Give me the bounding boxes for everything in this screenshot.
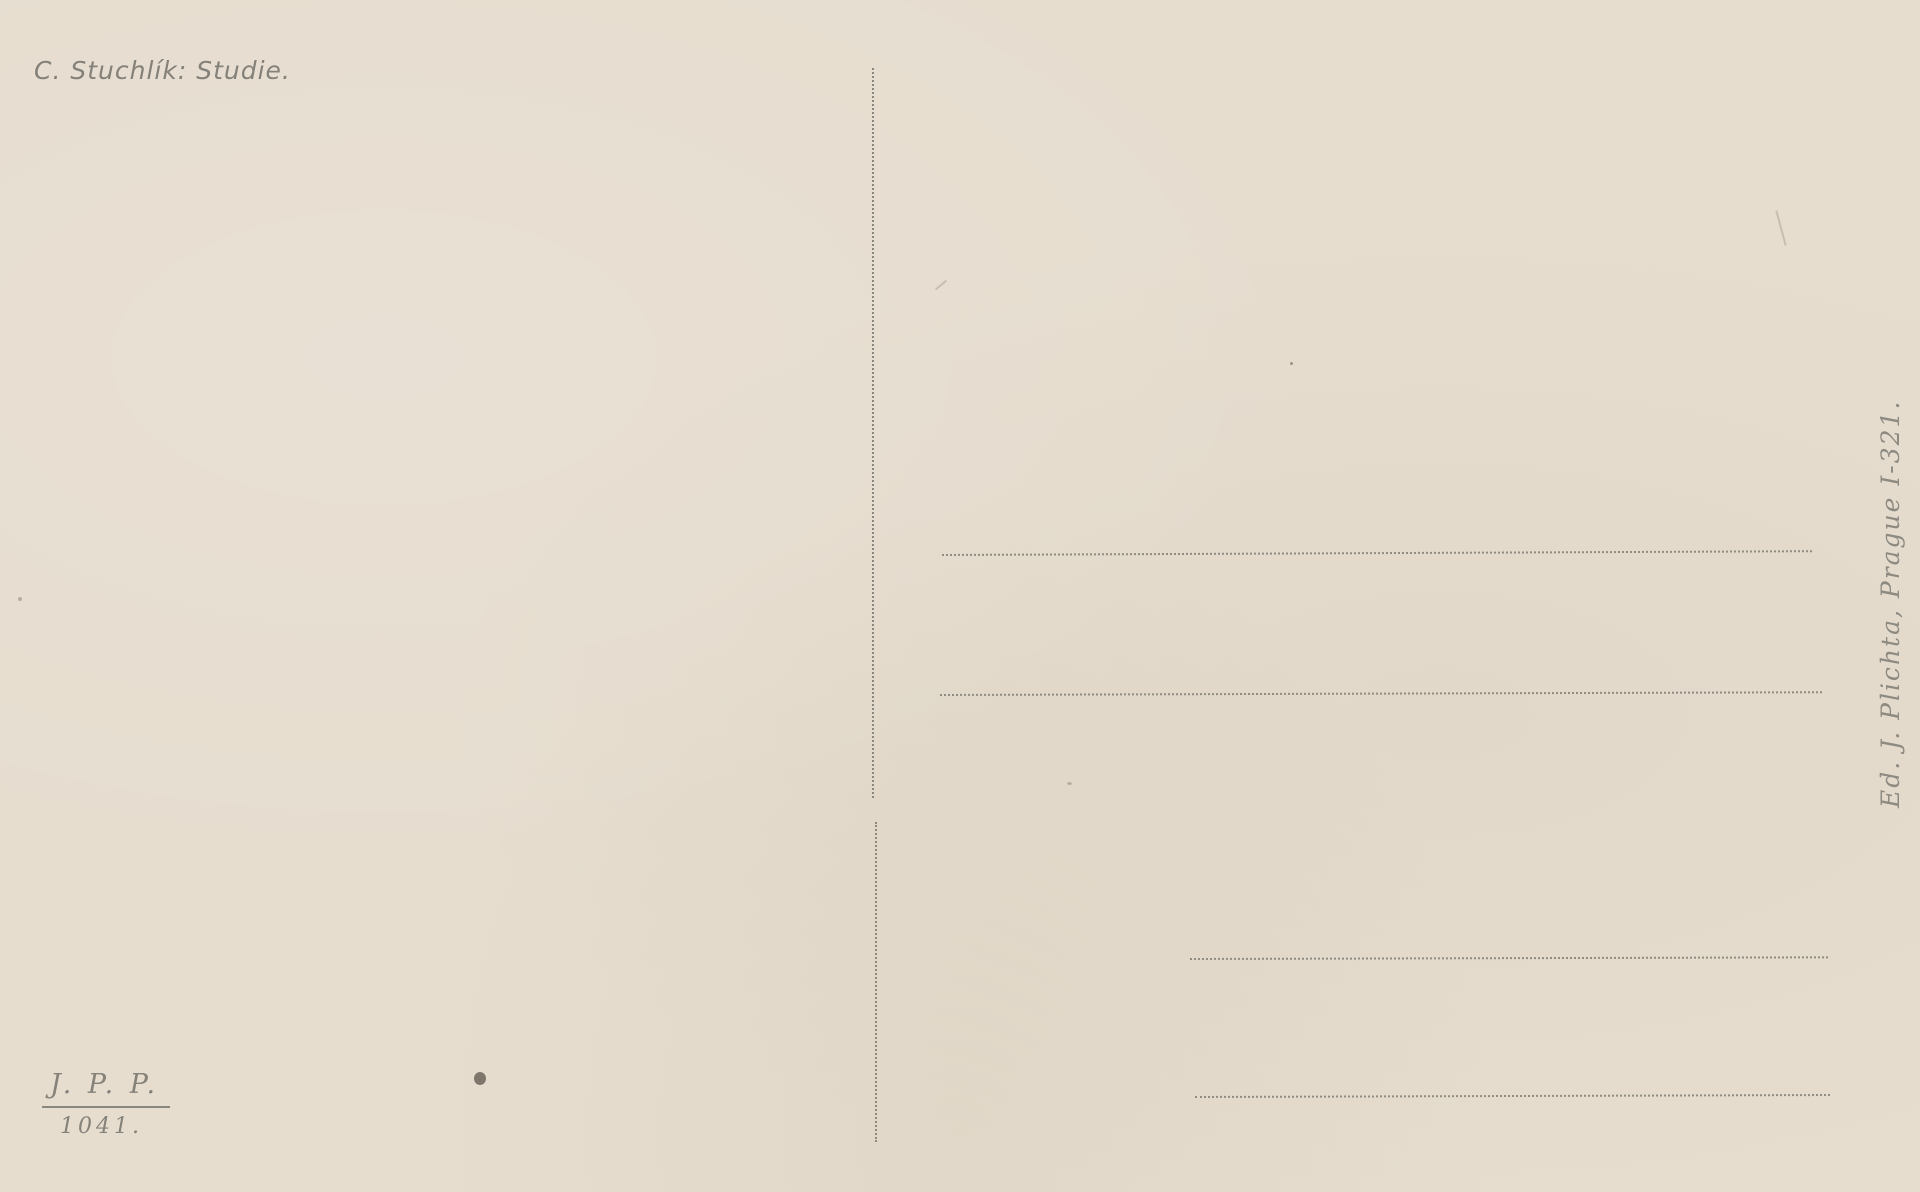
address-line-3 [1190,956,1828,960]
postcard-back: C. Stuchlík: Studie. Ed. J. Plichta, Pra… [0,0,1920,1192]
center-divider-lower [875,822,877,1142]
artwork-caption: C. Stuchlík: Studie. [34,56,291,85]
paper-speck [18,597,22,601]
publisher-initials: J. P. P. [44,1068,174,1102]
publisher-mark-rule [42,1106,170,1108]
ink-spot [474,1072,486,1085]
center-divider-upper [872,68,874,798]
address-line-2 [940,691,1822,696]
series-number: 1041. [44,1114,174,1139]
paper-speck [1067,782,1072,785]
address-line-1 [942,550,1812,556]
publisher-mark: J. P. P. 1041. [44,1068,174,1139]
publisher-edition-text: Ed. J. Plichta, Prague I-321. [1876,400,1905,808]
paper-speck [1290,362,1293,365]
paper-scratch [935,280,947,291]
paper-scratch [1775,210,1786,245]
address-line-4 [1195,1094,1830,1098]
